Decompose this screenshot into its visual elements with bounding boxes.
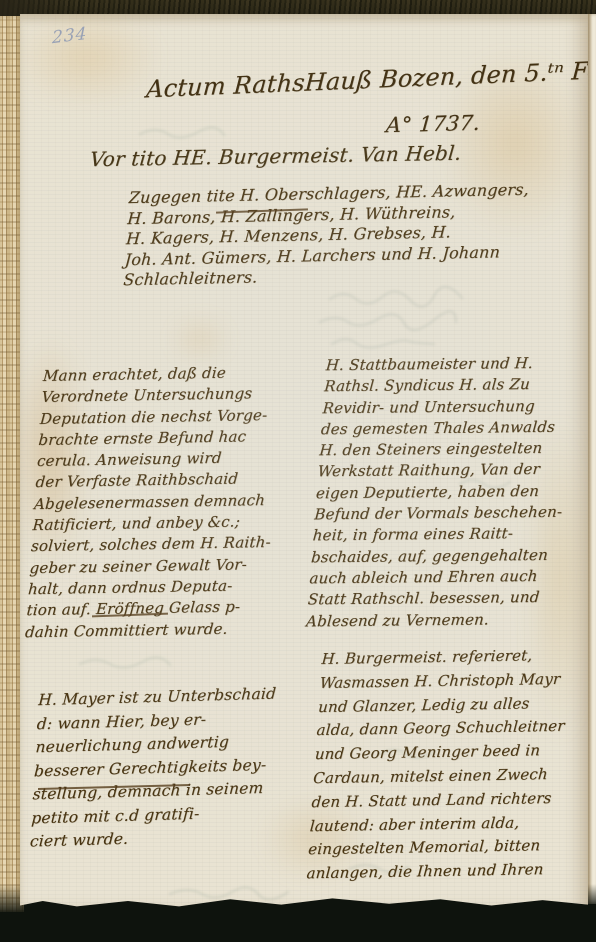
header-year: A° 1737. xyxy=(385,111,481,138)
paper-stain xyxy=(170,314,230,364)
handwritten-line: anlangen, die Ihnen und Ihren xyxy=(306,858,556,886)
manuscript-page: 234 Actum RathsHauß Bozen, den 5.ᵗⁿ Febr… xyxy=(20,14,588,910)
header-place-date: Actum RathsHauß Bozen, den 5.ᵗⁿ Febr: xyxy=(145,57,592,104)
handwritten-line: geber zu seiner Gewalt Vor- xyxy=(29,554,270,580)
right-column-paragraph-2: H. Burgermeist. referieret,Wasmassen H. … xyxy=(306,644,571,887)
next-page-edge xyxy=(588,14,596,904)
left-column-paragraph-1: Mann erachtet, daß dieVerordnete Untersu… xyxy=(24,362,283,643)
handwritten-line: den H. Statt und Land richters xyxy=(311,787,561,815)
handwritten-line: des gemesten Thales Anwalds xyxy=(320,417,569,441)
handwritten-line: brachte ernste Befund hac xyxy=(38,426,279,452)
handwritten-line: Revidir- und Untersuchung xyxy=(322,395,571,419)
handwritten-line: bschaides, auf, gegengehalten xyxy=(310,544,559,568)
right-column-paragraph-1: H. Stattbaumeister und H.Rathsl. Syndicu… xyxy=(305,353,574,633)
handwritten-line: eigen Deputierte, haben den xyxy=(315,480,564,504)
handwritten-line: auch ableich und Ehren auch xyxy=(309,566,558,590)
attendee-list: Zugegen tite H. Oberschlagers, HE. Azwan… xyxy=(123,180,530,291)
left-column-paragraph-2: H. Mayer ist zu Unterbschaidd: wann Hier… xyxy=(29,683,277,854)
handwritten-line: tion auf. Eröffneg Gelass p- xyxy=(26,596,267,622)
handwritten-line: Statt Rathschl. besessen, und xyxy=(307,587,556,611)
handwritten-line: Rathsl. Syndicus H. als Zu xyxy=(323,374,572,398)
handwritten-line: H. Stattbaumeister und H. xyxy=(325,353,574,377)
manuscript-scan: 234 Actum RathsHauß Bozen, den 5.ᵗⁿ Febr… xyxy=(0,0,596,942)
handwritten-line: Wasmassen H. Christoph Mayr xyxy=(319,668,569,696)
handwritten-line: heit, in forma eines Raitt- xyxy=(312,523,561,547)
handwritten-line: dahin Committiert wurde. xyxy=(24,618,265,644)
folio-number: 234 xyxy=(52,24,88,49)
header-presiding: Vor tito HE. Burgermeist. Van Hebl. xyxy=(89,141,462,172)
handwritten-line: Befund der Vormals beschehen- xyxy=(314,502,563,526)
handwritten-line: H. den Steiners eingestelten xyxy=(318,438,567,462)
handwritten-line: Werkstatt Raithung, Van der xyxy=(317,459,566,483)
handwritten-line: Ablesend zu Vernemen. xyxy=(305,608,554,632)
